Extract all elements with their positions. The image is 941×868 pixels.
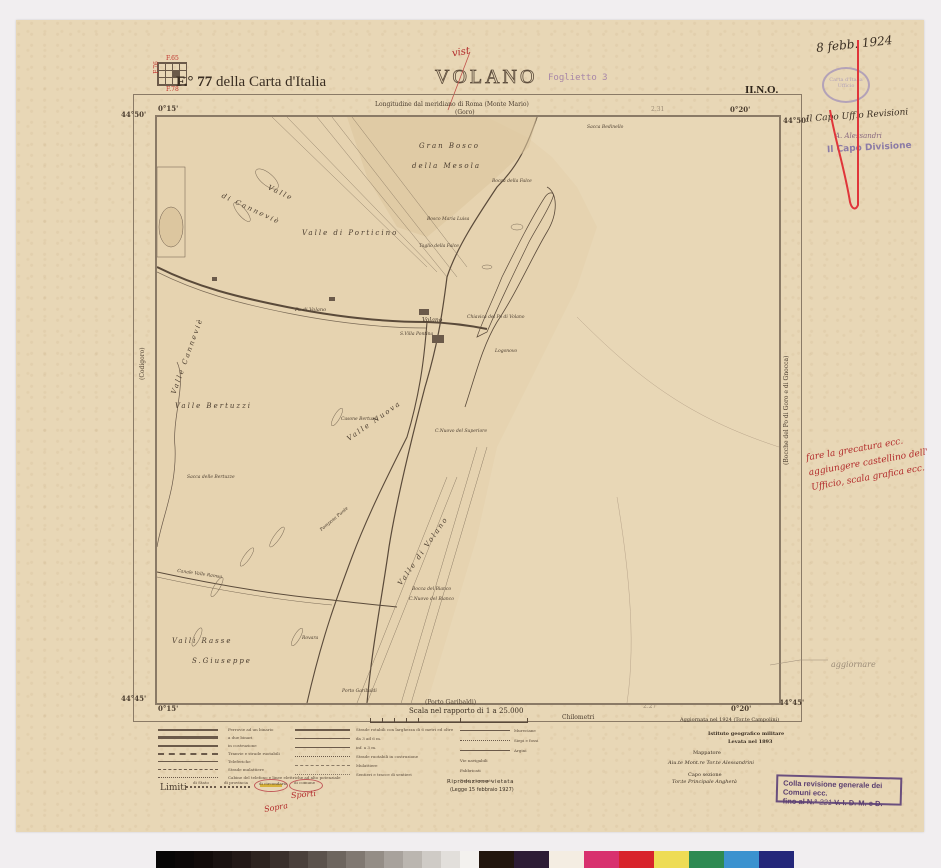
limit-line-stato <box>186 786 216 788</box>
lat-bottom-right: 44°45' <box>779 698 804 707</box>
place-logonovo: Logonovo <box>495 349 517 354</box>
longitude-caption: Longitudine dal meridiano di Roma (Monte… <box>375 101 529 108</box>
survey-year: Levata nel 1893 <box>728 739 773 745</box>
gray-patch <box>232 851 251 868</box>
place-sacca-bedinello: Sacca Bedinello <box>587 125 623 130</box>
label-s-giuseppe: S.Giuseppe <box>192 657 252 665</box>
gray-patch <box>213 851 232 868</box>
revision-stamp: Colla revisione generale dei Comuni ecc.… <box>776 774 903 805</box>
place-bocca-bianco: Bocca del Bianco <box>412 587 451 592</box>
gray-patch <box>270 851 289 868</box>
label-porticino: Valle di Porticino <box>302 229 398 237</box>
color-patch <box>549 851 584 868</box>
legend-limiti-label: Limiti <box>160 783 187 793</box>
gray-patch <box>441 851 460 868</box>
limit-line-provincia <box>220 786 250 788</box>
legend-middle: Strade rotabili con larghezza di 6 metri… <box>295 727 475 781</box>
place-po-di-volano: Po di Volano <box>295 307 326 313</box>
gray-patch <box>156 851 175 868</box>
grayscale-patches <box>156 851 479 868</box>
place-casone-bertuzzi: Casone Bertuzzi <box>341 417 378 422</box>
left-locality: (Codigoro) <box>139 347 146 380</box>
label-valle-bertuzzi: Valle Bertuzzi <box>175 402 252 410</box>
place-bosco-maria-luisa: Bosco Maria Luisa <box>427 217 469 222</box>
scale-title: Scala nel rapporto di 1 a 25.000 <box>409 707 523 715</box>
place-chiavica: Chiavica del Po di Volano <box>467 315 525 320</box>
gray-patch <box>289 851 308 868</box>
place-c-nuovo-bianco: C.Nuovo del Bianco <box>409 597 454 602</box>
lat-bottom-left: 44°45' <box>121 694 146 703</box>
color-patches <box>479 851 794 868</box>
place-rovara: Rovara <box>302 636 318 641</box>
color-patch <box>479 851 514 868</box>
top-mid-mark: 2.31 <box>651 106 664 113</box>
gray-patch <box>194 851 213 868</box>
scale-unit: Chilometri <box>562 714 594 721</box>
pencil-note-aggiornare: aggiornare <box>831 660 876 669</box>
series-title: F.° 77 della Carta d'Italia <box>176 74 326 91</box>
place-c-nuovo-superiore: C.Nuovo del Superiore <box>435 429 487 434</box>
gray-patch <box>251 851 270 868</box>
color-patch <box>724 851 759 868</box>
place-porto-garibaldi: Porto Garibaldi <box>342 689 377 694</box>
section-head-name: Tor.te Principale Angherà <box>672 779 737 785</box>
gray-patch <box>422 851 441 868</box>
pencil-arrow <box>770 650 830 670</box>
label-gran-bosco: Gran Bosco <box>419 142 480 150</box>
right-locality: (Bocche del Po di Goro e di Gnocca) <box>783 356 790 465</box>
gray-patch <box>365 851 384 868</box>
gray-patch <box>327 851 346 868</box>
label-valli-rasse: Valli Rasse <box>172 637 232 645</box>
gray-patch <box>460 851 479 868</box>
map-frame[interactable]: Gran Bosco della Mesola Valle di Cannevi… <box>155 115 781 705</box>
lon-bottom-right: 0°20' <box>731 704 751 713</box>
lon-bottom-left: 0°15' <box>158 704 178 713</box>
institute-name: Istituto geografico militare <box>708 731 784 737</box>
color-patch <box>759 851 794 868</box>
section-head-title: Capo sezione <box>688 772 722 778</box>
lat-top-left: 44°50' <box>121 110 146 119</box>
color-patch <box>514 851 549 868</box>
surveyor-title: Mappatore <box>693 750 721 756</box>
lon-top-right: 0°20' <box>730 105 750 114</box>
scale-bar <box>370 718 528 723</box>
place-volano: Volano <box>422 317 442 324</box>
legend-right: Mureciane Siepi e fossi Argini Vie navig… <box>460 728 580 783</box>
label-della-mesola: della Mesola <box>412 162 481 170</box>
color-patch <box>689 851 724 868</box>
color-calibration-strip <box>156 851 794 868</box>
place-sacca-bertuzze: Sacca delle Bertuzze <box>187 475 235 480</box>
gray-patch <box>384 851 403 868</box>
gray-patch <box>403 851 422 868</box>
color-patch <box>584 851 619 868</box>
place-taglio-falce: Taglio della Falce <box>419 244 459 249</box>
index-note-left: F.76 <box>153 61 160 74</box>
reproduction-law: (Legge 15 febbraio 1927) <box>450 787 514 793</box>
index-note-top: F.65 <box>166 55 179 62</box>
lon-top-left: 0°15' <box>158 104 178 113</box>
color-patch <box>654 851 689 868</box>
limit-circondario: di circondario <box>259 781 287 786</box>
typed-annotation: Foglietto 3 <box>548 73 608 83</box>
color-patch <box>619 851 654 868</box>
limit-provincia: di provincia <box>224 780 248 785</box>
gray-patch <box>346 851 365 868</box>
bottom-locality: (Porto Garibaldi) <box>425 699 476 706</box>
gray-patch <box>175 851 194 868</box>
gray-patch <box>308 851 327 868</box>
place-bocca-falce: Bocca della Falce <box>492 179 532 184</box>
surveyor-name: Aiu.te Mont.re Tor.te Alessandrini <box>668 760 754 766</box>
lat-top-right: 44°50' <box>783 116 808 125</box>
place-villa-pontina: S.Villa Pontina <box>400 332 433 337</box>
limit-stato: di Stato <box>193 780 209 785</box>
update-note: Aggiornata nel 1924 (Tor.te Campolini) <box>680 717 779 723</box>
red-check-mark <box>820 40 880 220</box>
